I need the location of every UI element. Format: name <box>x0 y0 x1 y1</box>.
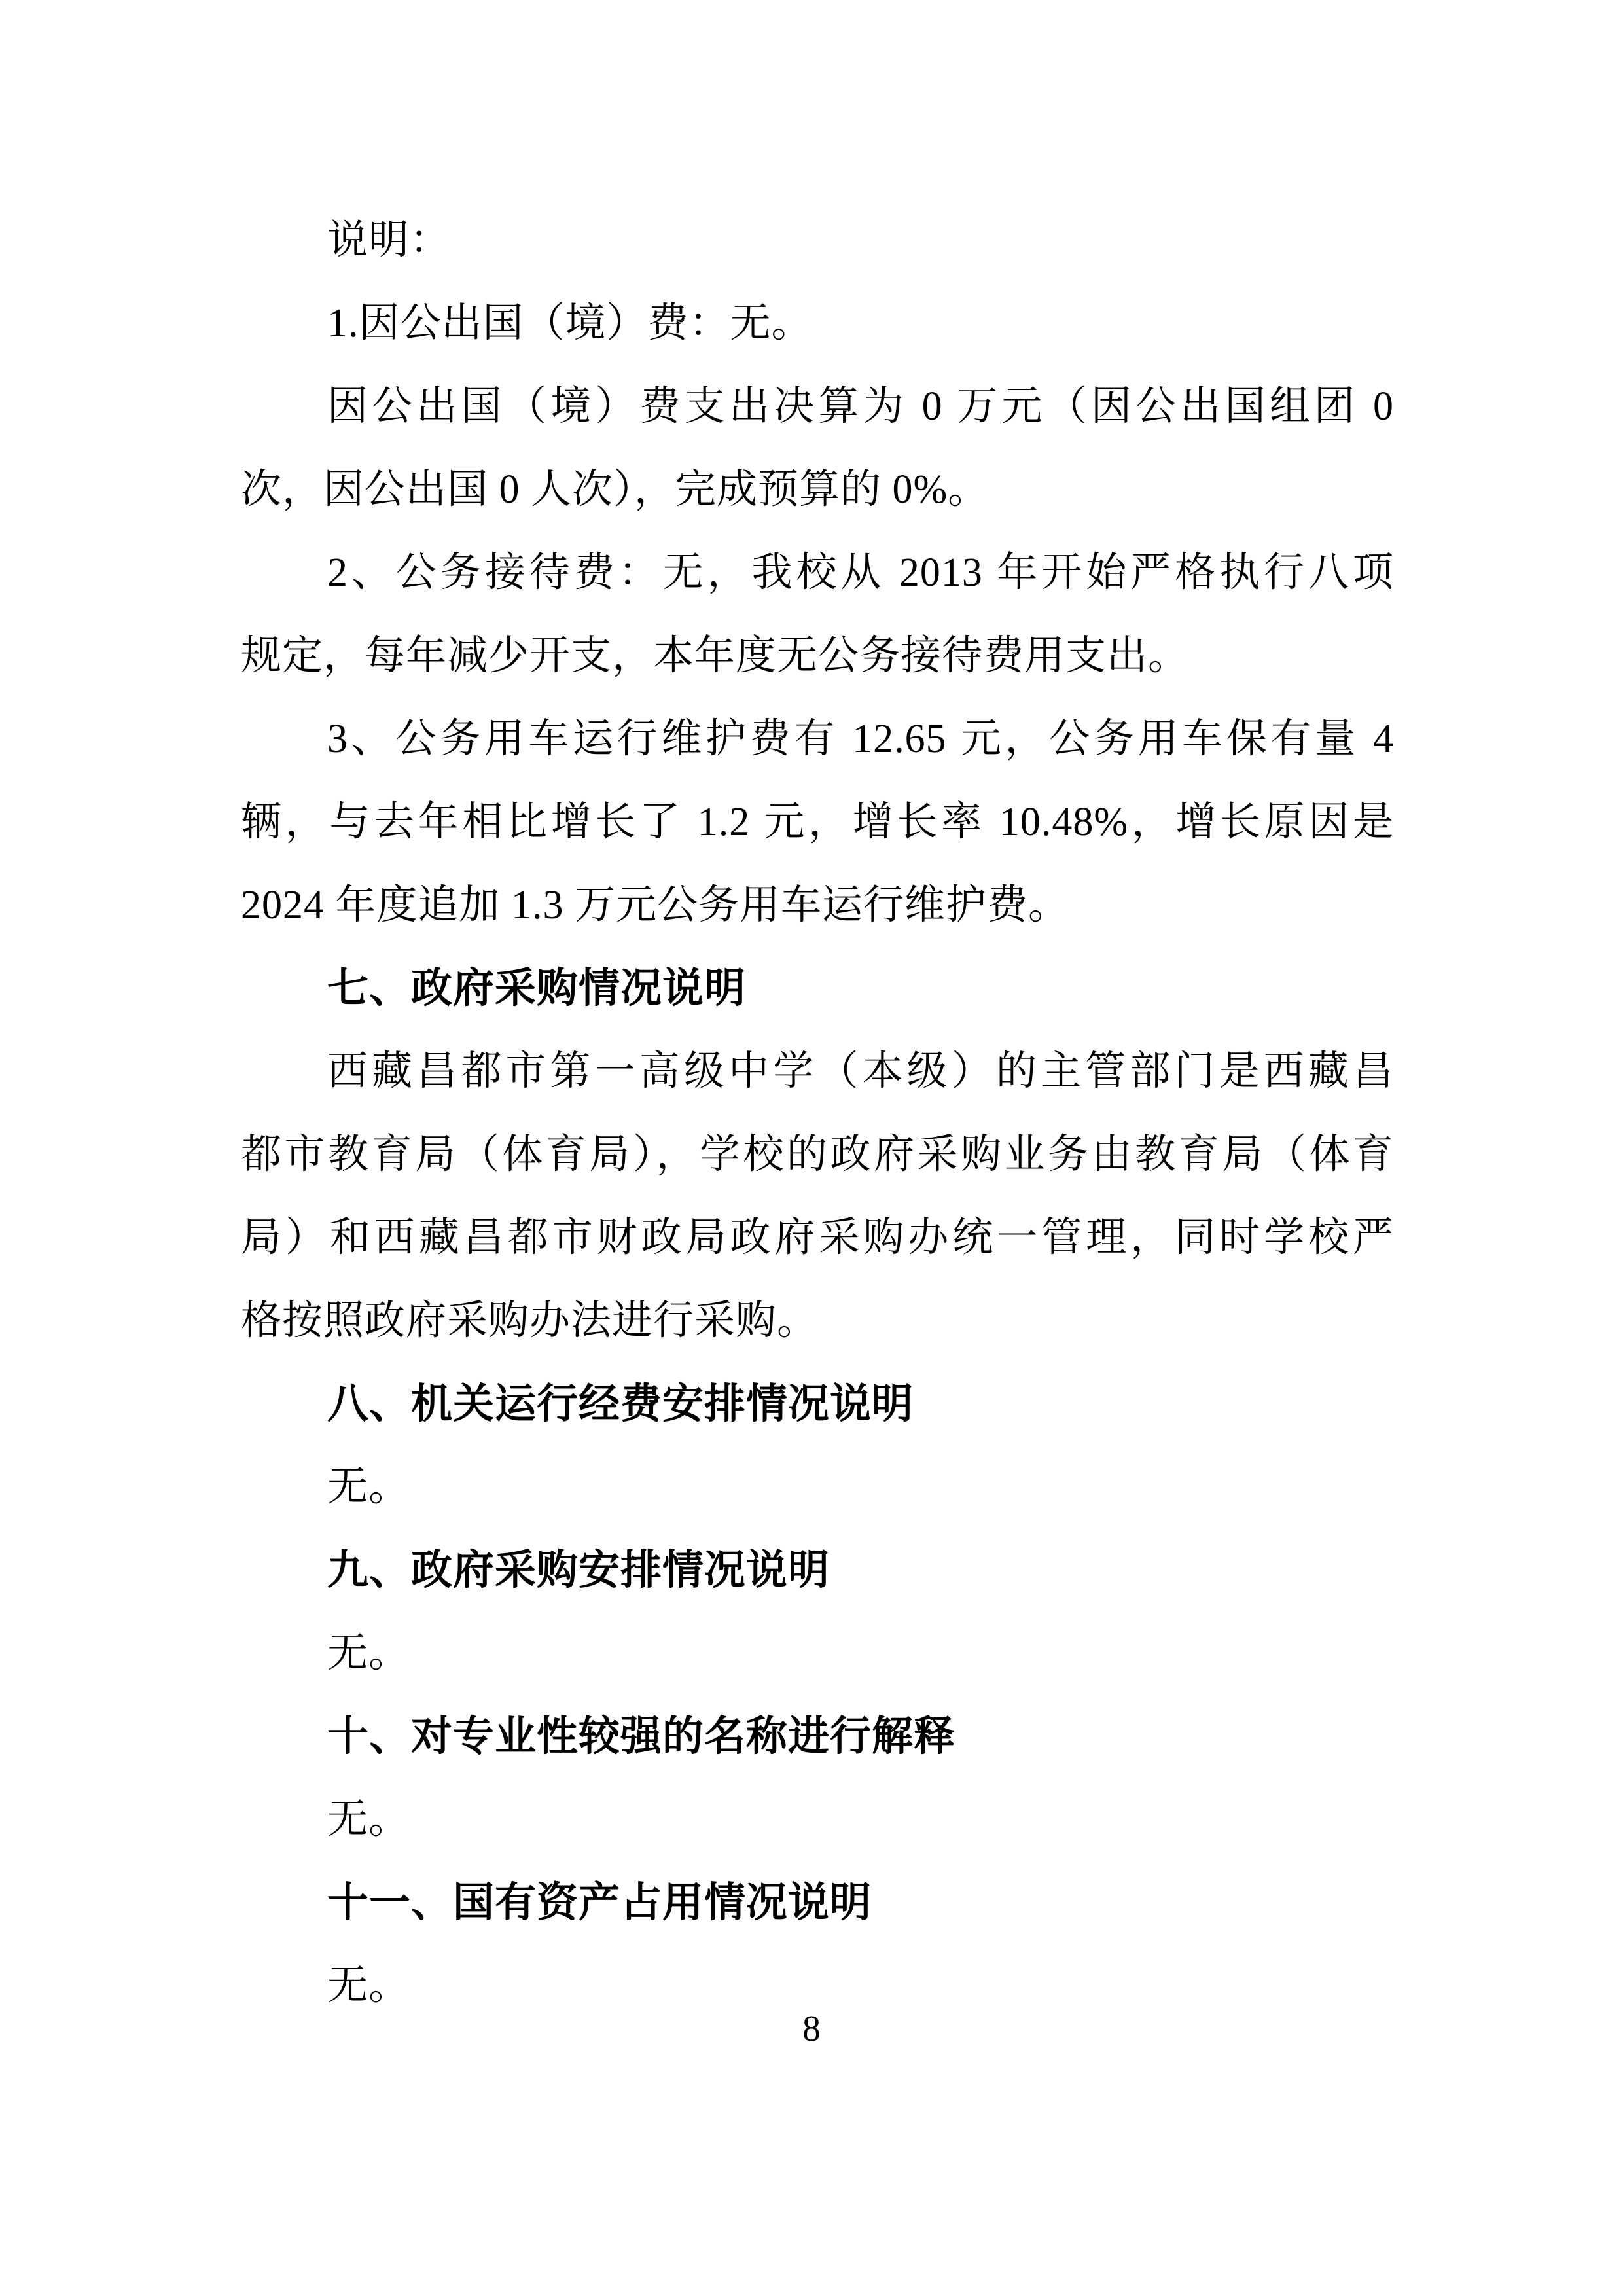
document-body: 说明：1.因公出国（境）费：无。因公出国（境）费支出决算为 0 万元（因公出国组… <box>241 199 1394 2028</box>
section-heading: 十、对专业性较强的名称进行解释 <box>241 1695 1394 1778</box>
text-line: 2024 年度追加 1.3 万元公务用车运行维护费。 <box>241 864 1394 947</box>
text-line: 无。 <box>241 1446 1394 1529</box>
document-page: 说明：1.因公出国（境）费：无。因公出国（境）费支出决算为 0 万元（因公出国组… <box>0 0 1623 2296</box>
text-line: 格按照政府采购办法进行采购。 <box>241 1280 1394 1363</box>
text-line: 1.因公出国（境）费：无。 <box>241 282 1394 365</box>
section-heading: 八、机关运行经费安排情况说明 <box>241 1363 1394 1446</box>
text-line: 无。 <box>241 1612 1394 1695</box>
text-line: 次，因公出国 0 人次），完成预算的 0%。 <box>241 448 1394 531</box>
section-heading: 七、政府采购情况说明 <box>241 947 1394 1030</box>
text-line: 2、公务接待费：无，我校从 2013 年开始严格执行八项 <box>241 531 1394 615</box>
page-number: 8 <box>802 2009 821 2049</box>
text-line: 都市教育局（体育局），学校的政府采购业务由教育局（体育 <box>241 1113 1394 1196</box>
text-line: 局）和西藏昌都市财政局政府采购办统一管理，同时学校严 <box>241 1196 1394 1280</box>
section-heading: 十一、国有资产占用情况说明 <box>241 1861 1394 1945</box>
text-line: 规定，每年减少开支，本年度无公务接待费用支出。 <box>241 615 1394 698</box>
section-heading: 九、政府采购安排情况说明 <box>241 1529 1394 1612</box>
text-line: 因公出国（境）费支出决算为 0 万元（因公出国组团 0 <box>241 365 1394 448</box>
text-line: 辆，与去年相比增长了 1.2 元，增长率 10.48%，增长原因是 <box>241 781 1394 864</box>
text-line: 说明： <box>241 199 1394 282</box>
page-footer: 8 <box>0 1990 1623 2068</box>
text-line: 3、公务用车运行维护费有 12.65 元，公务用车保有量 4 <box>241 698 1394 781</box>
text-line: 西藏昌都市第一高级中学（本级）的主管部门是西藏昌 <box>241 1030 1394 1113</box>
text-line: 无。 <box>241 1778 1394 1861</box>
